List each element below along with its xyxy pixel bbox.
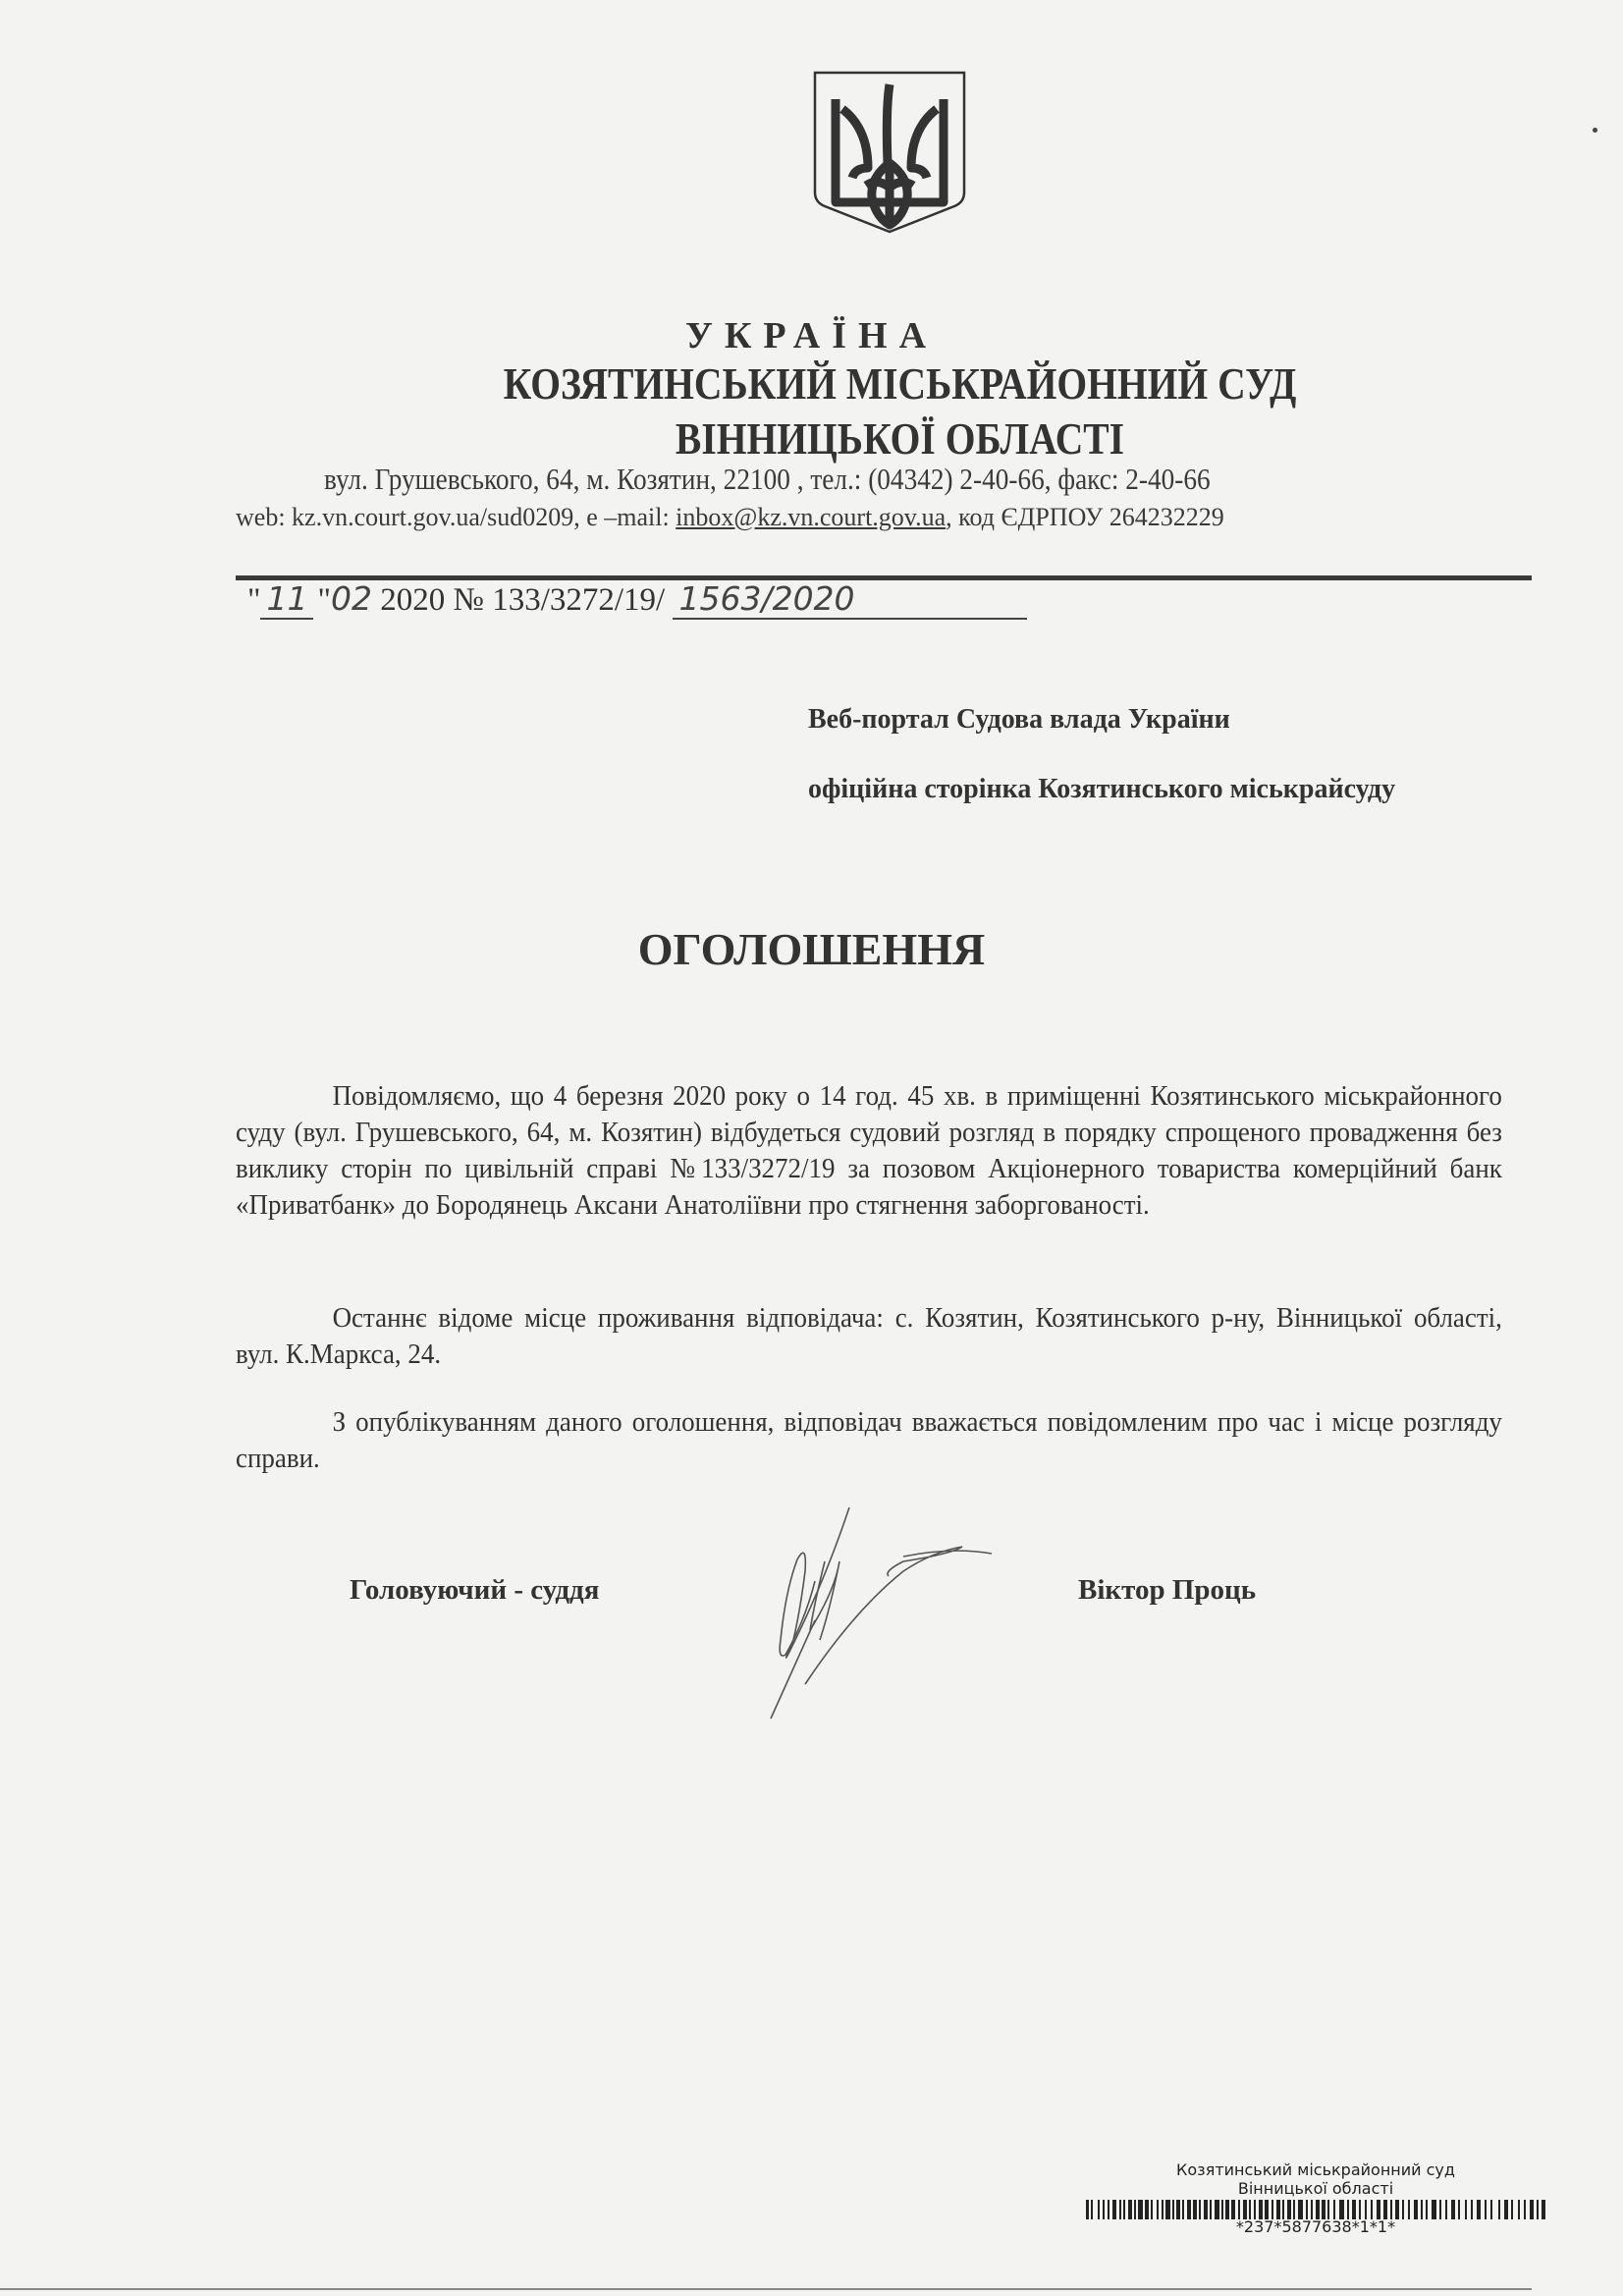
- barcode-number: *237*5877638*1*1*: [1080, 2217, 1551, 2236]
- edrpou-code: , код ЄДРПОУ 264232229: [946, 503, 1224, 531]
- paragraph-text: Останнє відоме місце проживання відповід…: [236, 1300, 1502, 1373]
- handwritten-month: 02: [331, 579, 372, 618]
- handwritten-day: 11: [260, 579, 313, 620]
- paragraph-text: Повідомляємо, що 4 березня 2020 року о 1…: [236, 1078, 1502, 1224]
- case-number: № 133/3272/19/: [453, 582, 673, 618]
- registration-year: 2020: [372, 582, 454, 618]
- stamp-line2: Вінницької області: [1080, 2179, 1551, 2198]
- ukraine-trident-coat-of-arms-icon: [811, 70, 968, 237]
- body-paragraph-3: З опублікуванням даного оголошення, відп…: [236, 1404, 1502, 1477]
- page-bottom-edge: [0, 2288, 1532, 2290]
- paragraph-text: З опублікуванням даного оголошення, відп…: [236, 1404, 1502, 1477]
- signatory-role: Головуючий - суддя: [350, 1574, 599, 1607]
- registry-stamp: Козятинський міськрайонний суд Вінницько…: [1080, 2160, 1551, 2198]
- registration-line: "11"02 2020 № 133/3272/19/ 1563/2020: [247, 579, 1027, 620]
- court-contacts: web: kz.vn.court.gov.ua/sud0209, е –mail…: [236, 503, 1224, 532]
- document-title: ОГОЛОШЕННЯ: [0, 923, 1623, 975]
- body-paragraph-2: Останнє відоме місце проживання відповід…: [236, 1300, 1502, 1373]
- country-heading: УКРАЇНА: [0, 314, 1623, 357]
- court-name-line2: ВІННИЦЬКОЇ ОБЛАСТІ: [202, 412, 1598, 465]
- email-link[interactable]: inbox@kz.vn.court.gov.ua: [676, 503, 946, 531]
- barcode-icon: [1086, 2200, 1545, 2219]
- judge-name: Віктор Проць: [1078, 1574, 1256, 1607]
- scan-speck: [1593, 128, 1597, 133]
- court-name-line1: КОЗЯТИНСЬКИЙ МІСЬКРАЙОННИЙ СУД: [202, 357, 1598, 410]
- handwritten-outgoing-number: 1563/2020: [673, 579, 1027, 620]
- recipient-line1: Веб-портал Судова влада України: [808, 704, 1230, 736]
- court-announcement-document: УКРАЇНА КОЗЯТИНСЬКИЙ МІСЬКРАЙОННИЙ СУД В…: [0, 0, 1623, 2296]
- recipient-line2: офіційна сторінка Козятинського міськрай…: [808, 774, 1395, 805]
- stamp-line1: Козятинський міськрайонний суд: [1080, 2160, 1551, 2179]
- court-address: вул. Грушевського, 64, м. Козятин, 22100…: [324, 462, 1211, 497]
- quote-close: ": [317, 582, 330, 618]
- body-paragraph-1: Повідомляємо, що 4 березня 2020 року о 1…: [236, 1078, 1502, 1224]
- quote-open: ": [247, 582, 260, 618]
- handwritten-signature-icon: [707, 1503, 1100, 1728]
- web-address: web: kz.vn.court.gov.ua/sud0209, е –mail…: [236, 503, 676, 531]
